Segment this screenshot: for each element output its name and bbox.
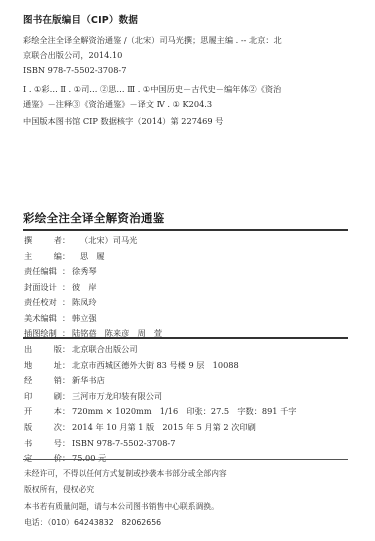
pub-row-isbn: 书号 ： ISBN 978-7-5502-3708-7 [24,436,297,452]
pub-row-distributor: 经销 ： 新华书店 [24,373,297,389]
label-char: 主 [24,249,32,265]
credits-divider [23,337,348,339]
credit-label: 责任校对 [24,295,62,311]
copyright-page: 图书在版编目（CIP）数据 彩绘全注全译全解资治通鉴 /（北宋）司马光撰；思履主… [0,0,375,541]
credit-row-responsible-editor: 责任编辑 ： 徐秀琴 [24,264,162,280]
cip-line: 京联合出版公司，2014.10 [23,48,358,63]
label-char: 撰 [24,233,32,249]
credit-row-cover-design: 封面设计 ： 彼 岸 [24,280,162,296]
colon: ： [62,264,72,280]
credits-list: 撰者： （北宋）司马光 主编： 思 履 责任编辑 ： 徐秀琴 封面设计 ： 彼 … [24,233,162,342]
label-char: 址 [54,358,62,374]
colon: ： [62,373,72,389]
publication-divider [23,459,348,460]
credit-row-illustrators: 插图绘制 ： 陆铭蓓 陈来彦 周 萱 [24,326,162,342]
credit-label: 美术编辑 [24,311,62,327]
notice-line: 版权所有，侵权必究 [24,482,227,498]
pub-row-edition: 版次 ： 2014 年 10 月第 1 版 2015 年 5 月第 2 次印刷 [24,420,297,436]
credit-value: （北宋）司马光 [80,233,137,249]
book-title: 彩绘全注全译全解资治通鉴 [23,210,165,226]
credit-row-editor: 主编： 思 履 [24,249,162,265]
cip-data-number: 中国版本图书馆 CIP 数据核字（2014）第 227469 号 [23,116,223,127]
cip-line: 彩绘全注全译全解资治通鉴 /（北宋）司马光撰；思履主编 . -- 北京：北 [23,33,358,48]
credit-value: 韩立强 [72,311,97,327]
copyright-notice: 未经许可，不得以任何方式复制或抄袭本书部分或全部内容 版权所有，侵权必究 本书若… [24,466,227,531]
colon: ： [62,326,72,342]
credit-value: 陆铭蓓 陈来彦 周 萱 [72,326,162,342]
cip-record: 彩绘全注全译全解资治通鉴 /（北宋）司马光撰；思履主编 . -- 北京：北 京联… [23,33,358,78]
label-char: 销 [54,373,62,389]
pub-value: 新华书店 [72,373,105,389]
notice-line: 未经许可，不得以任何方式复制或抄袭本书部分或全部内容 [24,466,227,482]
classification-line: 通鉴》－注释③《资治通鉴》－译文 Ⅳ . ① K204.3 [23,97,358,112]
pub-row-address: 地址 ： 北京市西城区德外大街 83 号楼 9 层 10088 [24,358,297,374]
credit-value: 思 履 [80,249,105,265]
colon: ： [62,233,80,249]
label-char: 出 [24,342,32,358]
label-char: 经 [24,373,32,389]
label-char: 印 [24,389,32,405]
cip-isbn: ISBN 978-7-5502-3708-7 [23,63,358,78]
label-char: 书 [24,436,32,452]
label-char: 次 [54,420,62,436]
pub-value: 2014 年 10 月第 1 版 2015 年 5 月第 2 次印刷 [72,420,256,436]
credit-value: 彼 岸 [72,280,97,296]
colon: ： [62,280,72,296]
label-char: 版 [24,420,32,436]
colon: ： [62,404,72,420]
credit-row-art-editor: 美术编辑 ： 韩立强 [24,311,162,327]
credit-value: 徐秀琴 [72,264,97,280]
cip-classification: Ⅰ . ①彩… Ⅱ . ①司… ②思… Ⅲ . ①中国历史－古代史－编年体②《资… [23,82,358,112]
label-char: 本 [54,404,62,420]
title-divider [23,229,348,231]
pub-value: 北京联合出版公司 [72,342,138,358]
credit-row-author: 撰者： （北宋）司马光 [24,233,162,249]
colon: ： [62,342,72,358]
colon: ： [62,249,80,265]
label-char: 者 [54,233,62,249]
label-char: 版 [54,342,62,358]
label-char: 刷 [54,389,62,405]
pub-value: 三河市万龙印装有限公司 [72,389,162,405]
pub-row-publisher: 出版 ： 北京联合出版公司 [24,342,297,358]
pub-value: ISBN 978-7-5502-3708-7 [72,436,175,452]
credit-label: 责任编辑 [24,264,62,280]
colon: ： [62,295,72,311]
label-char: 开 [24,404,32,420]
colon: ： [62,389,72,405]
colon: ： [62,311,72,327]
credit-label: 封面设计 [24,280,62,296]
notice-phone: 电话：（010）64243832 82062656 [24,515,227,531]
publication-info: 出版 ： 北京联合出版公司 地址 ： 北京市西城区德外大街 83 号楼 9 层 … [24,342,297,467]
classification-line: Ⅰ . ①彩… Ⅱ . ①司… ②思… Ⅲ . ①中国历史－古代史－编年体②《资… [23,82,358,97]
credit-label: 插图绘制 [24,326,62,342]
credit-value: 陈凤玲 [72,295,97,311]
pub-row-printer: 印刷 ： 三河市万龙印装有限公司 [24,389,297,405]
pub-row-format: 开本 ： 720mm × 1020mm 1/16 印张：27.5 字数：891 … [24,404,297,420]
label-char: 地 [24,358,32,374]
pub-value: 北京市西城区德外大街 83 号楼 9 层 10088 [72,358,239,374]
pub-value: 720mm × 1020mm 1/16 印张：27.5 字数：891 千字 [72,404,297,420]
colon: ： [62,436,72,452]
colon: ： [62,358,72,374]
label-char: 号 [54,436,62,452]
notice-line: 本书若有质量问题，请与本公司图书销售中心联系调换。 [24,499,227,515]
colon: ： [62,420,72,436]
credit-row-proofreader: 责任校对 ： 陈凤玲 [24,295,162,311]
label-char: 编 [54,249,62,265]
cip-heading: 图书在版编目（CIP）数据 [23,12,138,26]
